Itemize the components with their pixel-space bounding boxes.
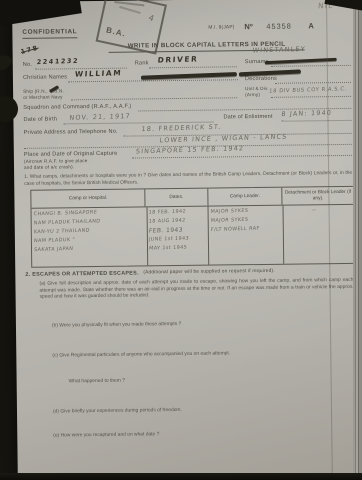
unit-label-line2: (Army) xyxy=(245,92,260,98)
detachment-column: — xyxy=(283,205,354,264)
question-2e-text: (e) How were you recaptured and on what … xyxy=(53,430,353,440)
stamp-pencil-mark: 4 xyxy=(147,13,155,23)
address-label: Private Address and Telephone No. xyxy=(24,129,118,137)
capture-sublabel-2: and date of a/c crash). xyxy=(24,164,74,170)
question-2c-followup-text: What happened to them ? xyxy=(69,376,349,386)
number-sign: Nº xyxy=(244,22,253,32)
enlistment-label: Date of Enlistment xyxy=(223,114,272,122)
photo-dark-edge-blob xyxy=(0,53,14,74)
unit-division-value: 18 DIV BUS COY R.A.S.C. xyxy=(269,86,347,94)
rank-value: DRIVER xyxy=(157,54,198,64)
christian-names-label: Christian Names xyxy=(23,74,67,82)
dotted-line xyxy=(271,95,351,98)
table-row: MAY 1st 1945 xyxy=(149,245,188,252)
enlistment-value: 8 JAN: 1940 xyxy=(281,109,332,119)
question-2d-text: (d) Give briefly your experiences during… xyxy=(53,406,353,416)
table-row: 18 FEB. 1942 xyxy=(148,209,186,216)
table-row: F/LT NOWELL RAF xyxy=(211,226,260,233)
address-value-line1: 18. FREDERICK ST. xyxy=(141,123,222,133)
section-2-heading: 2. ESCAPES OR ATTEMPTED ESCAPES. xyxy=(25,270,139,278)
camps-table: Camp or Hospital. Dates. Camp Leader. De… xyxy=(30,186,355,268)
dotted-line xyxy=(149,65,237,68)
table-row: CHANGI B. SINGAPORE xyxy=(33,209,97,217)
question-2b-text: (b) Were you physically fit when you mad… xyxy=(52,320,352,330)
dotted-line xyxy=(71,96,237,100)
confidential-marking: CONFIDENTIAL xyxy=(22,28,77,39)
table-row: NAM PLADUK THAILAND xyxy=(33,218,100,226)
leader-column: MAJOR SYKES MAJOR SYKES F/LT NOWELL RAF xyxy=(209,206,284,265)
table-row: 18 AUG 1942 xyxy=(148,218,185,225)
reference-label: M.I. 9(JAP) xyxy=(208,25,234,31)
table-row: NAM PLADUK " xyxy=(34,237,76,244)
service-number-value: 2241232 xyxy=(36,57,79,66)
squadron-command-label: Squadron and Command (R.A.F., A.A.F.) xyxy=(23,104,131,112)
surname-value: WINSTANLEY xyxy=(252,45,306,55)
table-row: KAN-YU 2 THAILAND xyxy=(34,228,90,236)
table-row: JUNE 1st 1943 xyxy=(149,235,190,242)
col-header-leader: Camp Leader. xyxy=(208,188,283,206)
decorations-label: Decorations xyxy=(245,76,277,83)
col-header-camp: Camp or Hospital. xyxy=(31,189,145,207)
rank-label: Rank xyxy=(135,60,149,67)
table-row: — xyxy=(311,207,317,213)
camp-column: CHANGI B. SINGAPORE NAM PLADUK THAILAND … xyxy=(32,207,149,266)
stamp-initials: B.A. xyxy=(105,25,126,38)
no-label: No. xyxy=(23,62,32,69)
question-2a-text: (a) Give full description and approx. da… xyxy=(39,278,353,302)
dotted-line xyxy=(275,81,351,84)
section-2-heading-note: (Additional paper will be supplied on re… xyxy=(143,269,275,277)
photo-background: CONFIDENTIAL B.A. 4 M.I. 9(JAP) Nº 45358… xyxy=(0,0,362,480)
unit-label-line1: Unit & Div. xyxy=(245,86,269,92)
table-row: FEB. 1943 xyxy=(148,227,183,235)
scanned-form-page: CONFIDENTIAL B.A. 4 M.I. 9(JAP) Nº 45358… xyxy=(12,0,362,480)
question-2c-text: (c) Give Regimental particulars of anyon… xyxy=(52,350,352,360)
col-header-detachment: Detachment or Block Leader (if any). xyxy=(283,187,354,205)
dates-column: 18 FEB. 1942 18 AUG 1942 FEB. 1943 JUNE … xyxy=(147,207,209,266)
photo-dark-bottom-edge xyxy=(0,473,362,480)
date-of-birth-label: Date of Birth xyxy=(23,116,57,123)
christian-names-value: WILLIAM xyxy=(75,68,123,78)
form-serial-number: 45358 xyxy=(266,22,292,32)
table-row: MAJOR SYKES xyxy=(211,208,249,215)
pencil-scribble-number: 178 xyxy=(20,44,40,56)
date-of-birth-value: NOV. 21, 1917 xyxy=(69,112,131,122)
dotted-line xyxy=(271,64,351,67)
camps-table-body: CHANGI B. SINGAPORE NAM PLADUK THAILAND … xyxy=(32,205,355,267)
stacked-page-edges xyxy=(353,0,362,480)
stamp-scribble xyxy=(119,6,141,14)
dotted-line xyxy=(281,119,351,122)
ship-label-line2: or Merchant Navy xyxy=(23,94,63,100)
table-row: MAJOR SYKES xyxy=(211,217,249,224)
serial-suffix: A xyxy=(308,21,314,31)
table-row: SAKATA JAPAN xyxy=(34,246,74,253)
col-header-dates: Dates. xyxy=(145,189,208,207)
